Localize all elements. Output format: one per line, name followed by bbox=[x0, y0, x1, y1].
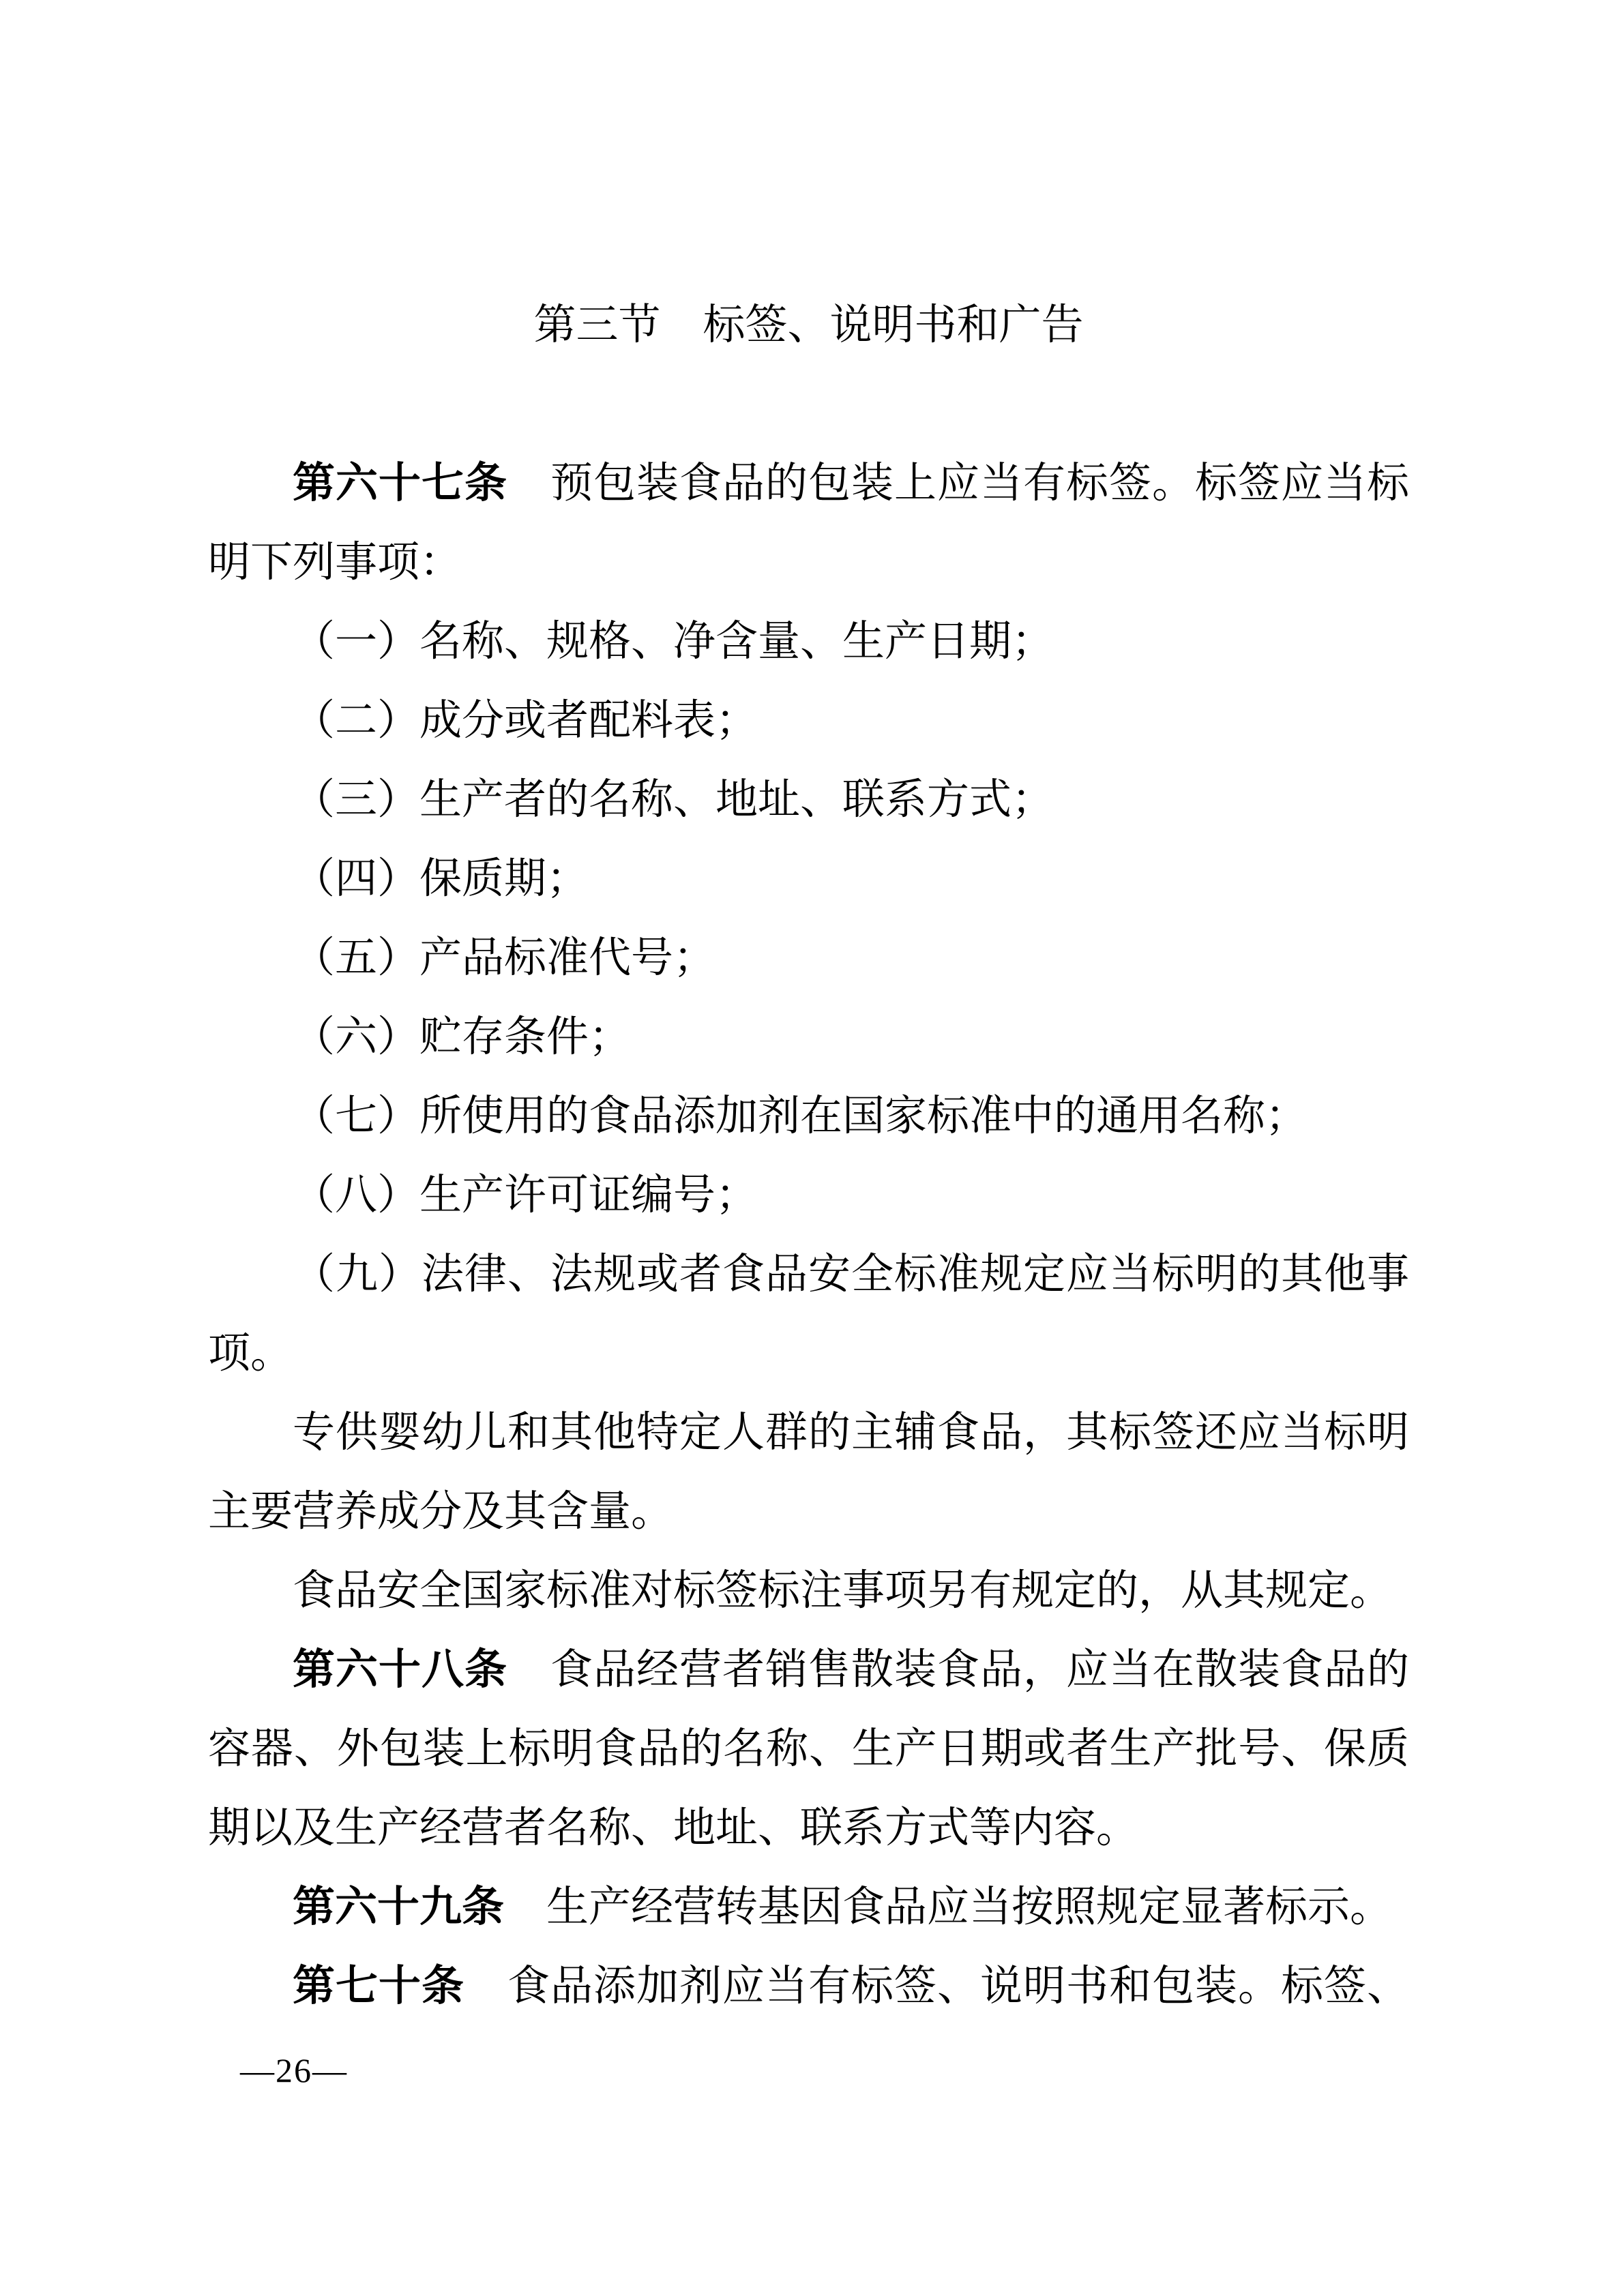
body-line: 第六十八条 食品经营者销售散装食品，应当在散装食品的 bbox=[208, 1630, 1409, 1710]
body-line: （七）所使用的食品添加剂在国家标准中的通用名称； bbox=[208, 1077, 1409, 1156]
body-line: 食品安全国家标准对标签标注事项另有规定的，从其规定。 bbox=[208, 1551, 1409, 1630]
body-line: 明下列事项： bbox=[208, 523, 1409, 602]
line-text: 容器、外包装上标明食品的名称、生产日期或者生产批号、保质 bbox=[208, 1726, 1409, 1772]
page-number: —26— bbox=[240, 2051, 348, 2089]
line-text: 预包装食品的包装上应当有标签。标签应当标 bbox=[507, 460, 1409, 507]
line-text: 食品安全国家标准对标签标注事项另有规定的，从其规定。 bbox=[293, 1568, 1392, 1614]
body-line: 第六十七条 预包装食品的包装上应当有标签。标签应当标 bbox=[208, 444, 1409, 523]
body-line: （一）名称、规格、净含量、生产日期； bbox=[208, 602, 1409, 681]
line-text: 生产经营转基因食品应当按照规定显著标示。 bbox=[504, 1884, 1392, 1930]
article-number: 第七十条 bbox=[293, 1963, 464, 2010]
body-line: 专供婴幼儿和其他特定人群的主辅食品，其标签还应当标明 bbox=[208, 1393, 1409, 1472]
body-line: （四）保质期； bbox=[208, 839, 1409, 919]
body-line: 第七十条 食品添加剂应当有标签、说明书和包装。标签、 bbox=[208, 1947, 1409, 2026]
line-text: 主要营养成分及其含量。 bbox=[208, 1489, 673, 1535]
body-line: 主要营养成分及其含量。 bbox=[208, 1472, 1409, 1551]
line-text: （四）保质期； bbox=[293, 856, 589, 902]
body-line: （八）生产许可证编号； bbox=[208, 1156, 1409, 1235]
article-number: 第六十九条 bbox=[293, 1883, 504, 1930]
body-line: 项。 bbox=[208, 1314, 1409, 1393]
body-line: （九）法律、法规或者食品安全标准规定应当标明的其他事 bbox=[208, 1235, 1409, 1314]
line-text: 食品经营者销售散装食品，应当在散装食品的 bbox=[507, 1647, 1409, 1693]
body-line: （二）成分或者配料表； bbox=[208, 681, 1409, 760]
line-text: （六）贮存条件； bbox=[293, 1014, 631, 1060]
line-text: （九）法律、法规或者食品安全标准规定应当标明的其他事 bbox=[293, 1251, 1409, 1298]
document-page: 第三节 标签、说明书和广告 第六十七条 预包装食品的包装上应当有标签。标签应当标… bbox=[0, 0, 1624, 2296]
line-text: （三）生产者的名称、地址、联系方式； bbox=[293, 777, 1054, 823]
body-line: 第六十九条 生产经营转基因食品应当按照规定显著标示。 bbox=[208, 1868, 1409, 1947]
article-number: 第六十八条 bbox=[293, 1646, 507, 1693]
section-title: 第三节 标签、说明书和广告 bbox=[208, 286, 1409, 365]
line-text: （一）名称、规格、净含量、生产日期； bbox=[293, 618, 1054, 665]
article-number: 第六十七条 bbox=[293, 460, 507, 507]
line-text: （五）产品标准代号； bbox=[293, 935, 715, 981]
body-line: （三）生产者的名称、地址、联系方式； bbox=[208, 760, 1409, 839]
body-line: （五）产品标准代号； bbox=[208, 919, 1409, 998]
title-gap bbox=[208, 365, 1409, 444]
line-text: （八）生产许可证编号； bbox=[293, 1172, 758, 1219]
document-body: 第三节 标签、说明书和广告 第六十七条 预包装食品的包装上应当有标签。标签应当标… bbox=[208, 286, 1409, 2026]
line-text: （七）所使用的食品添加剂在国家标准中的通用名称； bbox=[293, 1093, 1308, 1139]
line-text: 专供婴幼儿和其他特定人群的主辅食品，其标签还应当标明 bbox=[293, 1410, 1409, 1456]
line-text: （二）成分或者配料表； bbox=[293, 698, 758, 744]
body-line: 容器、外包装上标明食品的名称、生产日期或者生产批号、保质 bbox=[208, 1710, 1409, 1789]
line-text: 明下列事项： bbox=[208, 539, 462, 586]
body-line: （六）贮存条件； bbox=[208, 998, 1409, 1077]
line-text: 食品添加剂应当有标签、说明书和包装。标签、 bbox=[464, 1963, 1409, 2010]
line-text: 期以及生产经营者名称、地址、联系方式等内容。 bbox=[208, 1805, 1138, 1851]
body-line: 期以及生产经营者名称、地址、联系方式等内容。 bbox=[208, 1789, 1409, 1868]
line-text: 项。 bbox=[208, 1330, 293, 1377]
